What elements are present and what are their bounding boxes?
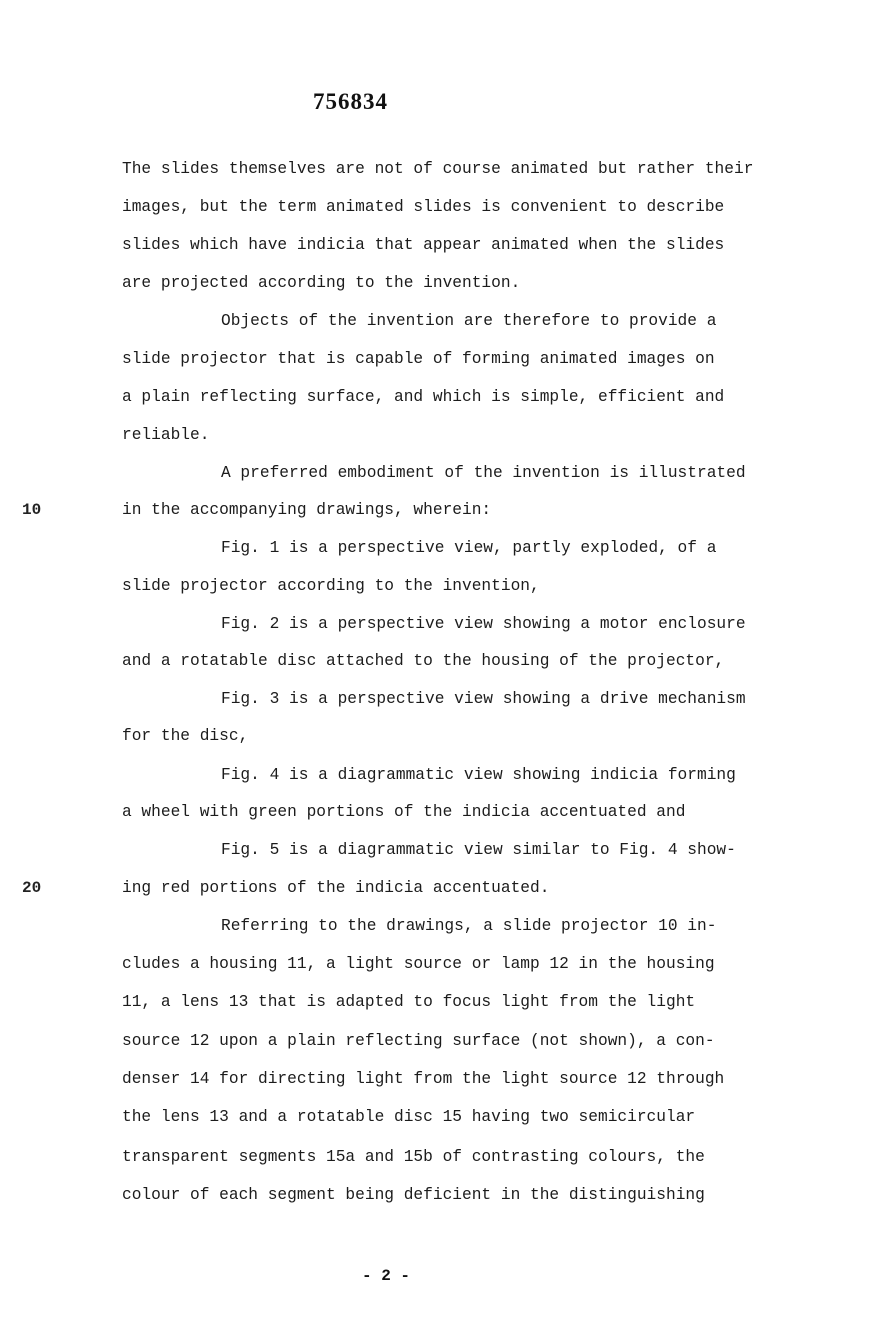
text-line: the lens 13 and a rotatable disc 15 havi… [122, 1107, 695, 1127]
text-line: reliable. [122, 425, 209, 445]
text-line: slides which have indicia that appear an… [122, 235, 724, 255]
text-line: are projected according to the invention… [122, 273, 520, 293]
text-line: images, but the term animated slides is … [122, 197, 724, 217]
text-line: The slides themselves are not of course … [122, 159, 753, 179]
text-line: Objects of the invention are therefore t… [221, 311, 716, 331]
text-line: slide projector according to the inventi… [122, 576, 540, 596]
text-line: 11, a lens 13 that is adapted to focus l… [122, 992, 695, 1012]
text-line: cludes a housing 11, a light source or l… [122, 954, 715, 974]
text-line: Fig. 3 is a perspective view showing a d… [221, 689, 746, 709]
text-line: source 12 upon a plain reflecting surfac… [122, 1031, 715, 1051]
text-line: Fig. 4 is a diagrammatic view showing in… [221, 765, 736, 785]
text-line: slide projector that is capable of formi… [122, 349, 715, 369]
page-number: - 2 - [362, 1266, 410, 1286]
text-line: Fig. 2 is a perspective view showing a m… [221, 614, 746, 634]
text-line: A preferred embodiment of the invention … [221, 463, 746, 483]
text-line: Fig. 1 is a perspective view, partly exp… [221, 538, 716, 558]
document-number: 756834 [313, 89, 388, 115]
text-line: and a rotatable disc attached to the hou… [122, 651, 724, 671]
text-line: Referring to the drawings, a slide proje… [221, 916, 716, 936]
margin-line-number: 20 [22, 878, 41, 898]
text-line: in the accompanying drawings, wherein: [122, 500, 491, 520]
document-page: 756834 The slides themselves are not of … [0, 0, 880, 1332]
text-line: Fig. 5 is a diagrammatic view similar to… [221, 840, 736, 860]
text-line: a wheel with green portions of the indic… [122, 802, 685, 822]
margin-line-number: 10 [22, 500, 41, 520]
text-line: for the disc, [122, 726, 248, 746]
text-line: colour of each segment being deficient i… [122, 1185, 705, 1205]
text-line: transparent segments 15a and 15b of cont… [122, 1147, 705, 1167]
text-line: denser 14 for directing light from the l… [122, 1069, 724, 1089]
text-line: ing red portions of the indicia accentua… [122, 878, 549, 898]
text-line: a plain reflecting surface, and which is… [122, 387, 724, 407]
